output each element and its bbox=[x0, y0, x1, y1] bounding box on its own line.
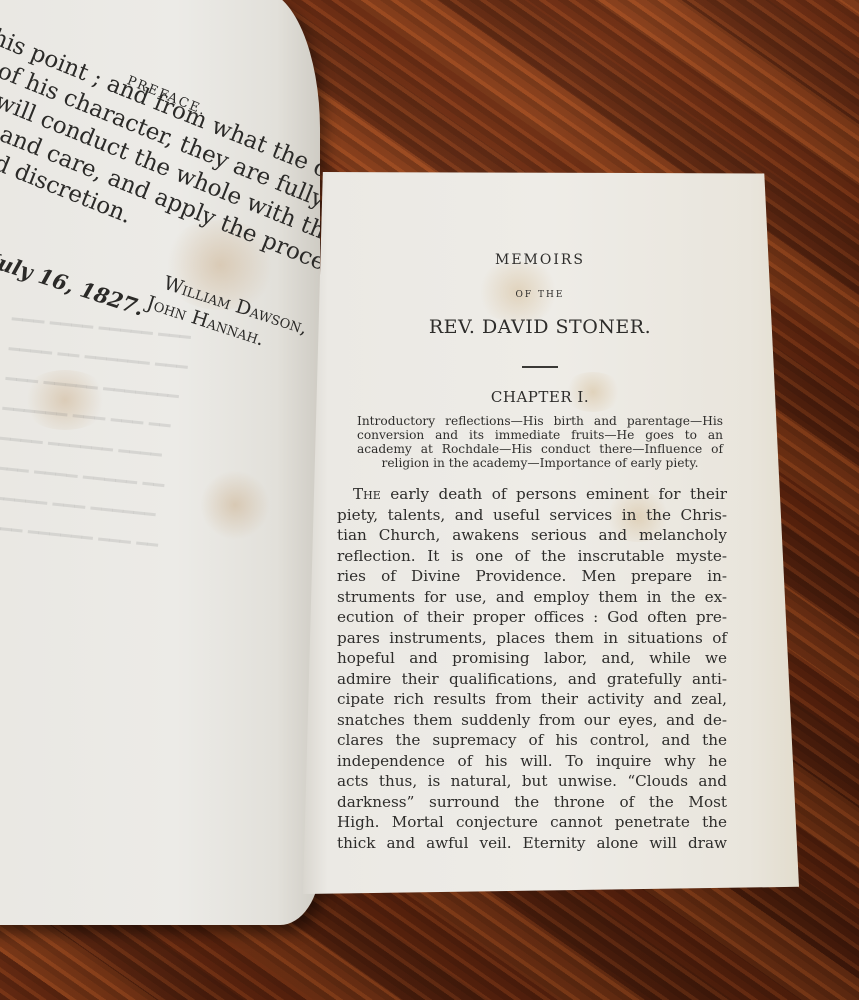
body-line: hopeful and promising labor, and, while … bbox=[337, 648, 727, 669]
chapter-body-text: The early death of persons eminent for t… bbox=[337, 484, 727, 853]
body-line: thick and awful veil. Eternity alone wil… bbox=[337, 833, 727, 854]
body-line: independence of his will. To inquire why… bbox=[337, 751, 727, 772]
title-of-the: OF THE bbox=[355, 290, 725, 300]
bleed-through-text: ━━━ ━━━━ ━━━━━ ━━━━━━━ ━━ ━━━━━━ ━━━━━━ … bbox=[0, 305, 312, 575]
body-line: clares the supremacy of his control, and… bbox=[337, 730, 727, 751]
title-rule-divider bbox=[522, 366, 558, 368]
body-line: darkness” surround the throne of the Mos… bbox=[337, 792, 727, 813]
lead-word: The bbox=[353, 485, 381, 503]
chapter-synopsis: Introductory reflections—His birth and p… bbox=[355, 414, 725, 470]
body-line: piety, talents, and useful services in t… bbox=[337, 505, 727, 526]
chapter-heading: CHAPTER I. bbox=[355, 388, 725, 406]
page-content: MEMOIRS OF THE REV. DAVID STONER. CHAPTE… bbox=[355, 252, 725, 853]
body-line: High. Mortal conjecture cannot penetrate… bbox=[337, 812, 727, 833]
body-line: reflection. It is one of the inscrutable… bbox=[337, 546, 727, 567]
body-line: The early death of persons eminent for t… bbox=[337, 484, 727, 505]
right-page-chapter-one: MEMOIRS OF THE REV. DAVID STONER. CHAPTE… bbox=[303, 172, 799, 894]
title-memoirs: MEMOIRS bbox=[355, 252, 725, 268]
body-line: acts thus, is natural, but unwise. “Clou… bbox=[337, 771, 727, 792]
body-line: admire their qualifications, and gratefu… bbox=[337, 669, 727, 690]
body-line: tian Church, awakens serious and melanch… bbox=[337, 525, 727, 546]
body-line: ries of Divine Providence. Men prepare i… bbox=[337, 566, 727, 587]
body-line: pares instruments, places them in situat… bbox=[337, 628, 727, 649]
left-page-preface: ━━━ ━━━━ ━━━━━ ━━━━━━━ ━━ ━━━━━━ ━━━━━━ … bbox=[0, 0, 320, 925]
title-subject-name: REV. DAVID STONER. bbox=[355, 316, 725, 338]
body-line: ecution of their proper offices : God of… bbox=[337, 607, 727, 628]
body-line: cipate rich results from their activity … bbox=[337, 689, 727, 710]
body-line: snatches them suddenly from our eyes, an… bbox=[337, 710, 727, 731]
body-line: struments for use, and employ them in th… bbox=[337, 587, 727, 608]
